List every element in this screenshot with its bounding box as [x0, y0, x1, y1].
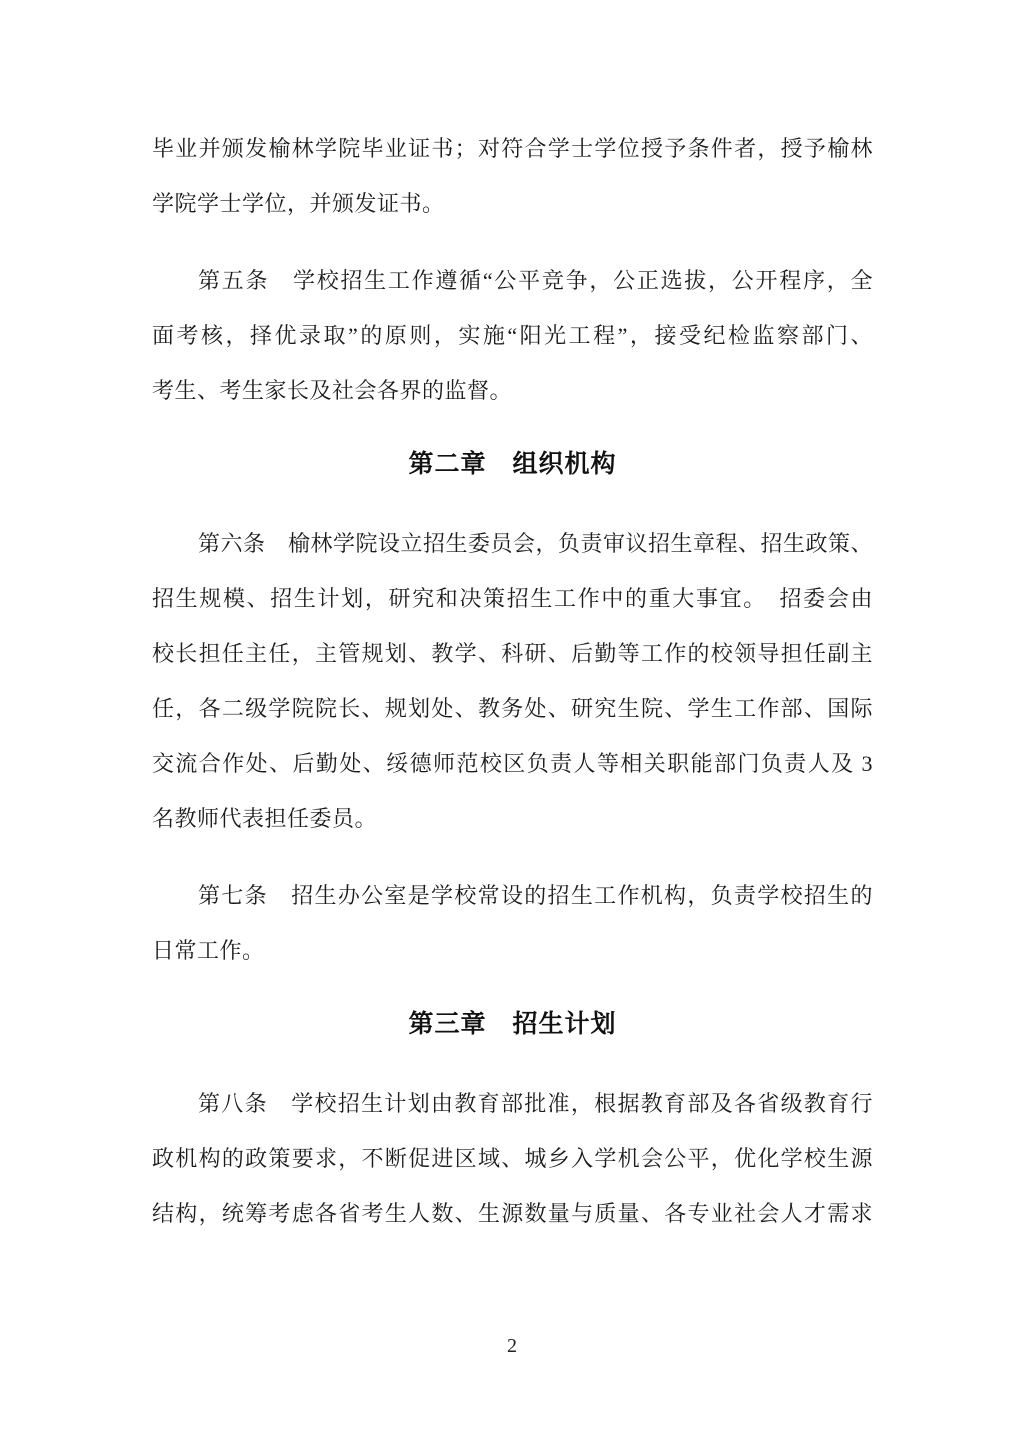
text-line: 日常工作。 [152, 923, 873, 978]
paragraph-article-6: 第六条 榆林学院设立招生委员会，负责审议招生章程、招生政策、 招生规模、招生计划… [152, 516, 873, 846]
paragraph-article-5: 第五条 学校招生工作遵循“公平竞争，公正选拔，公开程序，全 面考核，择优录取”的… [152, 253, 873, 418]
document-page: 毕业并颁发榆林学院毕业证书；对符合学士学位授予条件者，授予榆林 学院学士学位，并… [0, 0, 1024, 1448]
text-line: 政机构的政策要求，不断促进区域、城乡入学机会公平，优化学校生源 [152, 1131, 873, 1186]
text-line: 第六条 榆林学院设立招生委员会，负责审议招生章程、招生政策、 [152, 516, 873, 571]
text-line: 面考核，择优录取”的原则，实施“阳光工程”，接受纪检监察部门、 [152, 308, 873, 363]
text-line: 第五条 学校招生工作遵循“公平竞争，公正选拔，公开程序，全 [152, 253, 873, 308]
text-line: 招生规模、招生计划，研究和决策招生工作中的重大事宜。 招委会由 [152, 571, 873, 626]
text-line: 学院学士学位，并颁发证书。 [152, 176, 873, 231]
text-line: 毕业并颁发榆林学院毕业证书；对符合学士学位授予条件者，授予榆林 [152, 121, 873, 176]
page-number: 2 [0, 1332, 1024, 1360]
text-line: 考生、考生家长及社会各界的监督。 [152, 363, 873, 418]
chapter-2-heading: 第二章 组织机构 [152, 440, 873, 490]
text-line: 结构，统筹考虑各省考生人数、生源数量与质量、各专业社会人才需求 [152, 1186, 873, 1241]
text-line: 校长担任主任，主管规划、教学、科研、后勤等工作的校领导担任副主 [152, 626, 873, 681]
text-line: 第八条 学校招生计划由教育部批准，根据教育部及各省级教育行 [152, 1076, 873, 1131]
text-line: 交流合作处、后勤处、绥德师范校区负责人等相关职能部门负责人及 3 [152, 736, 873, 791]
paragraph-degree-certificate: 毕业并颁发榆林学院毕业证书；对符合学士学位授予条件者，授予榆林 学院学士学位，并… [152, 121, 873, 231]
text-line: 第七条 招生办公室是学校常设的招生工作机构，负责学校招生的 [152, 868, 873, 923]
text-line: 名教师代表担任委员。 [152, 791, 873, 846]
paragraph-article-8: 第八条 学校招生计划由教育部批准，根据教育部及各省级教育行 政机构的政策要求，不… [152, 1076, 873, 1241]
paragraph-article-7: 第七条 招生办公室是学校常设的招生工作机构，负责学校招生的 日常工作。 [152, 868, 873, 978]
text-line: 任，各二级学院院长、规划处、教务处、研究生院、学生工作部、国际 [152, 681, 873, 736]
document-content: 毕业并颁发榆林学院毕业证书；对符合学士学位授予条件者，授予榆林 学院学士学位，并… [152, 121, 873, 1263]
chapter-3-heading: 第三章 招生计划 [152, 1000, 873, 1050]
